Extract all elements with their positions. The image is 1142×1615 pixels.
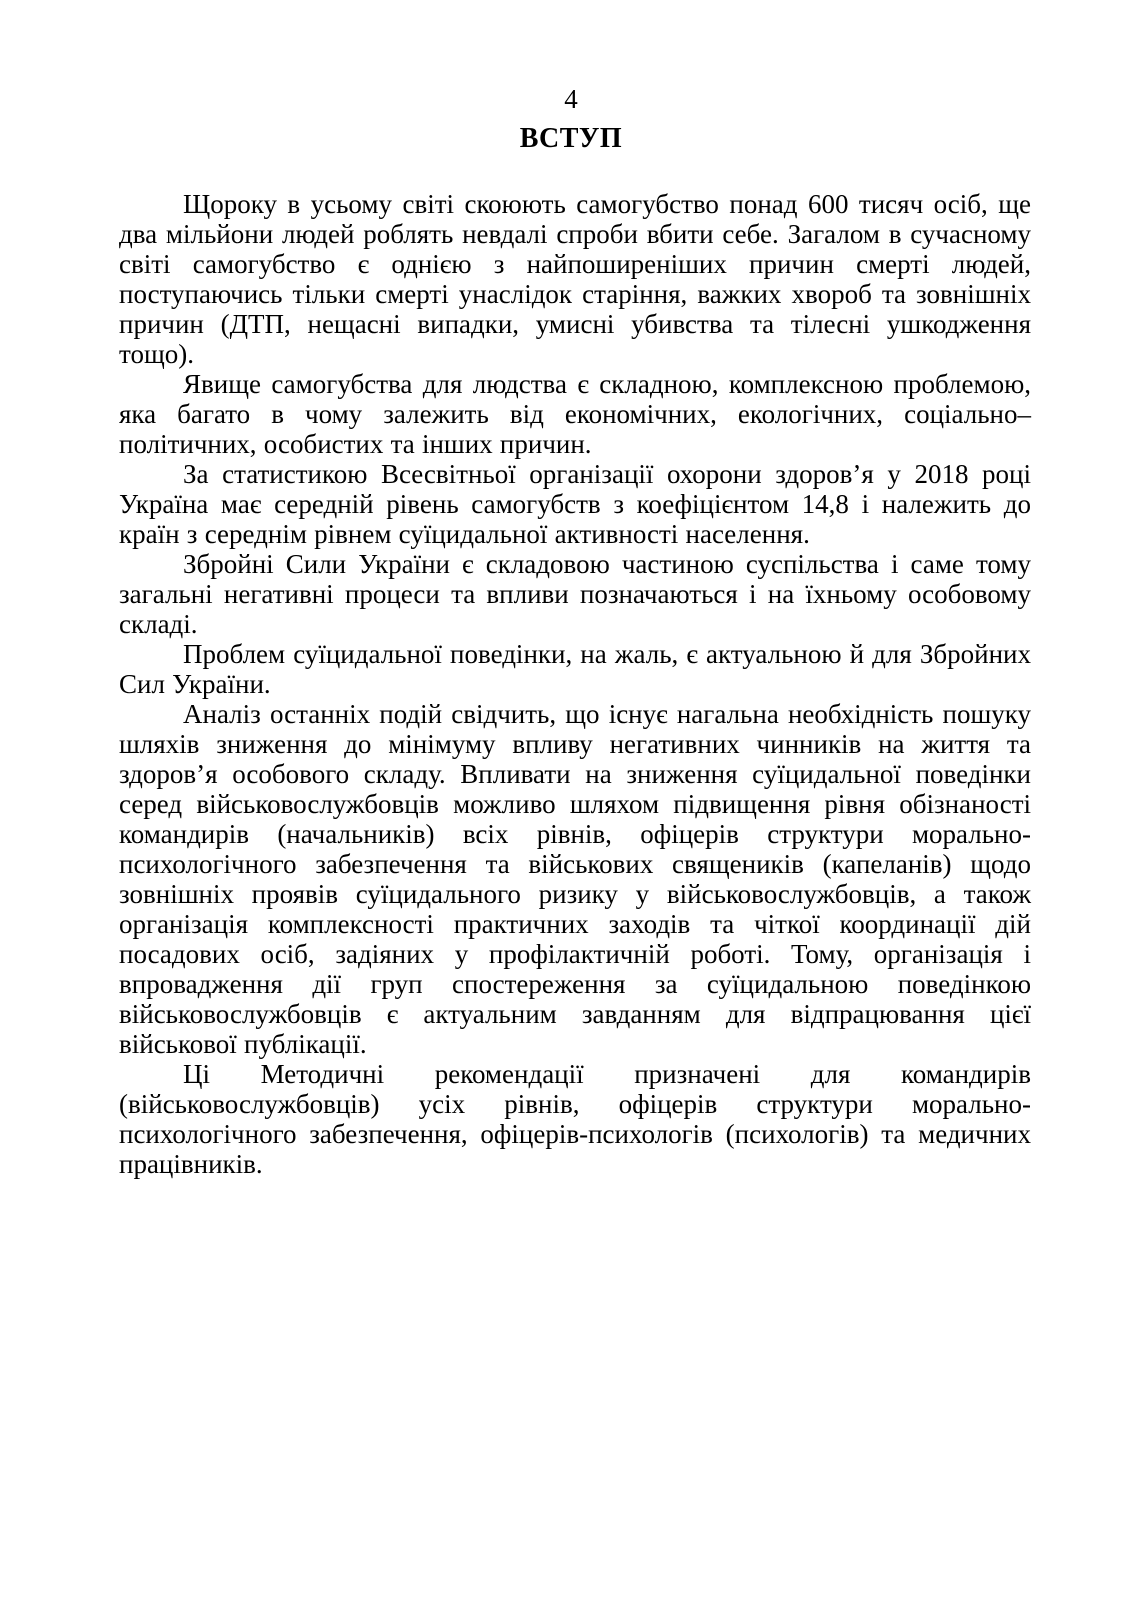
- paragraph-problem-relevance: Проблем суїцидальної поведінки, на жаль,…: [119, 639, 1031, 699]
- paragraph-armed-forces-society: Збройні Сили України є складовою частино…: [119, 549, 1031, 639]
- document-page: 4 ВСТУП Щороку в усьому світі скоюють са…: [0, 0, 1142, 1615]
- paragraph-intro-statistics-world: Щороку в усьому світі скоюють самогубств…: [119, 189, 1031, 369]
- paragraph-who-statistics-2018: За статистикою Всесвітньої організації о…: [119, 459, 1031, 549]
- page-title: ВСТУП: [0, 124, 1142, 154]
- paragraph-analysis-measures: Аналіз останніх подій свідчить, що існує…: [119, 699, 1031, 1059]
- paragraph-suicide-complex-problem: Явище самогубства для людства є складною…: [119, 369, 1031, 459]
- page-number: 4: [0, 84, 1142, 114]
- document-body: Щороку в усьому світі скоюють самогубств…: [119, 189, 1031, 1179]
- paragraph-recommendations-audience: Ці Методичні рекомендації призначені для…: [119, 1059, 1031, 1179]
